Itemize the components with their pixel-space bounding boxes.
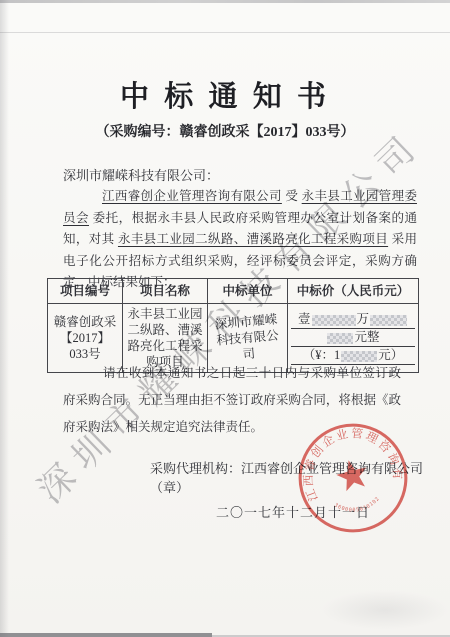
price-line-2: 元整 (291, 329, 415, 347)
winner-name: 深圳市耀嵘科技有限公司 (209, 311, 286, 365)
table-header-row: 项目编号 项目名称 中标单位 中标价（人民币元） (48, 279, 419, 304)
scan-crease-line (0, 32, 450, 33)
agency-name-underlined: 江西睿创企业管理咨询有限公司 (102, 189, 282, 203)
header-project-name: 项目名称 (123, 279, 208, 304)
scan-smudge (320, 590, 450, 630)
seal-star-icon (334, 457, 371, 493)
redaction-mosaic (327, 333, 353, 344)
price-cny-cap-1: 壹 (298, 312, 311, 326)
addressee-line: 深圳市耀嵘科技有限公司： (63, 165, 219, 184)
document-title: 中 标 通 知 书 (0, 74, 450, 115)
price-cny-cap-2: 万 (357, 312, 370, 326)
seal-serial-number: 3600005010102 (332, 492, 383, 519)
procurement-number: （采购编号：赣睿创政采【2017】033号） (0, 121, 450, 141)
award-result-table: 项目编号 项目名称 中标单位 中标价（人民币元） 赣睿创政采【2017】033号… (47, 278, 419, 373)
price-line-1: 壹万 (291, 311, 415, 329)
price-yuan-suffix: 元整 (354, 330, 379, 344)
redaction-mosaic (370, 315, 407, 326)
scanned-document-page: 中 标 通 知 书 （采购编号：赣睿创政采【2017】033号） 深圳市耀嵘科技… (0, 0, 450, 637)
scan-top-edge-shadow (0, 0, 450, 3)
header-project-no: 项目编号 (48, 279, 123, 304)
redaction-mosaic (312, 315, 356, 326)
scan-bottom-edge-shadow-left (0, 633, 212, 637)
para1-connector-1: 受 (282, 189, 302, 203)
project-name-underlined: 永丰县工业园二纵路、漕溪路亮化工程采购项目 (118, 232, 388, 246)
header-winner: 中标单位 (208, 279, 288, 304)
header-price: 中标价（人民币元） (288, 279, 419, 304)
